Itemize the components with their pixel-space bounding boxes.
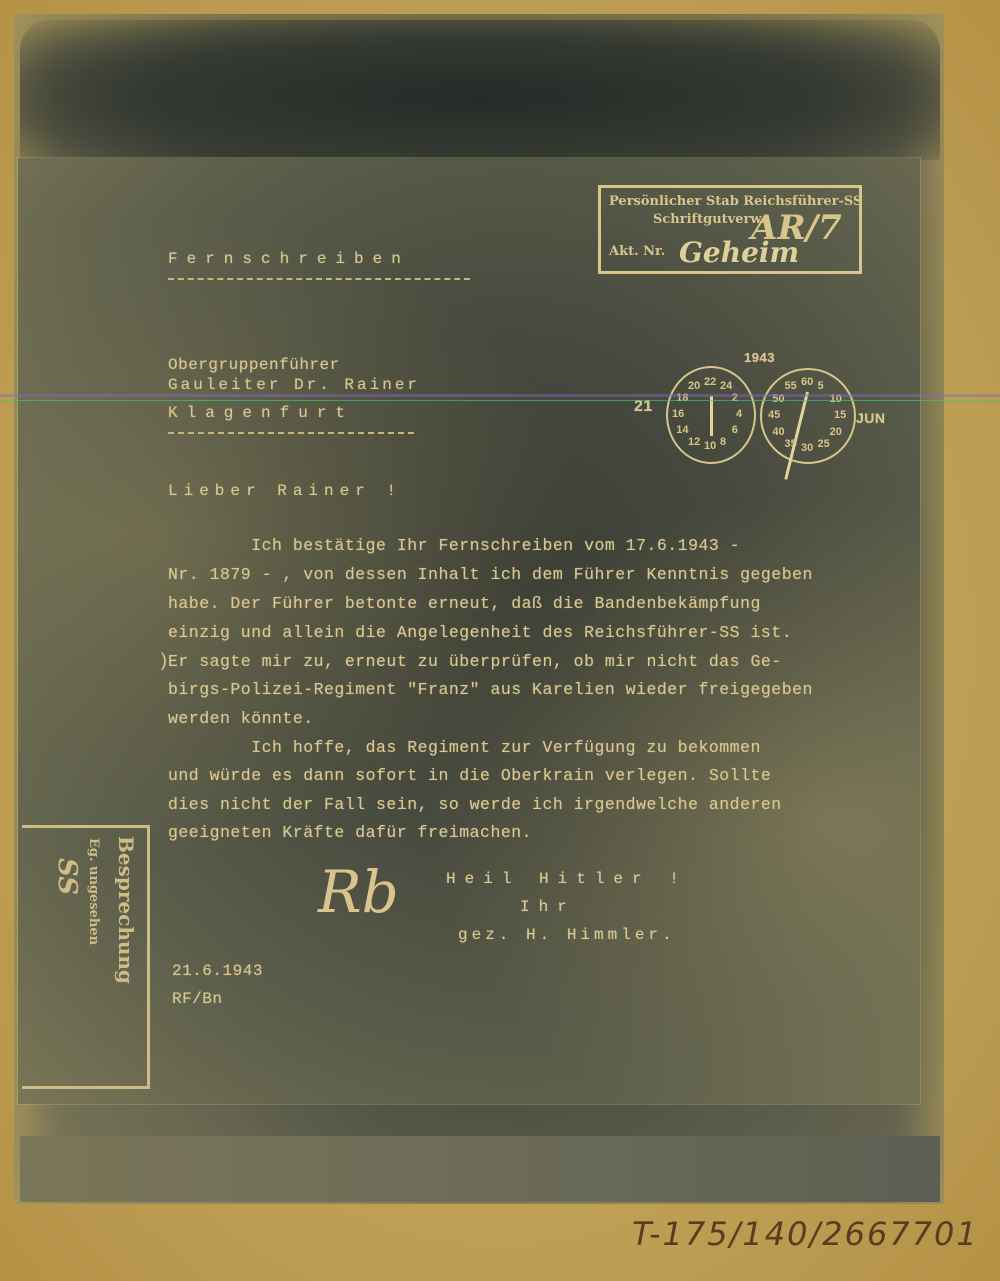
- signature-line: gez. H. Himmler.: [458, 926, 676, 944]
- body-line: Ich hoffe, das Regiment zur Verfügung zu…: [168, 738, 761, 757]
- stamp-line-office: Persönlicher Stab Reichsführer-SS: [609, 194, 862, 209]
- body-line: werden könnte.: [168, 709, 314, 728]
- dial-numeral: 24: [720, 380, 732, 392]
- registry-stamp: Persönlicher Stab Reichsführer-SS Schrif…: [598, 185, 862, 274]
- dial-numeral: 55: [785, 380, 797, 392]
- side-stamp-handwritten: SS: [52, 858, 82, 895]
- stamp-month: JUN: [856, 410, 886, 426]
- stamp-year: 1943: [744, 350, 775, 365]
- dial-numeral: 4: [736, 408, 742, 420]
- dial-numeral: 6: [732, 424, 738, 436]
- body-line: Ich bestätige Ihr Fernschreiben vom 17.6…: [168, 536, 740, 555]
- minute-dial: 55605101520253035404550: [760, 368, 856, 464]
- closing-ihr: Ihr: [520, 898, 576, 916]
- hour-dial: 20222424681012141618: [666, 366, 756, 464]
- scan-artifact-line: [0, 394, 1000, 397]
- document-date: 21.6.1943: [172, 962, 263, 980]
- body-line: dies nicht der Fall sein, so werde ich i…: [168, 795, 782, 814]
- margin-bracket: ): [158, 652, 169, 672]
- dial-numeral: 20: [830, 426, 842, 438]
- document-type-heading: Fernschreiben: [168, 250, 410, 268]
- dial-numeral: 60: [801, 376, 813, 388]
- dial-numeral: 25: [818, 438, 830, 450]
- recipient-city: Klagenfurt: [168, 404, 354, 422]
- document-reference: RF/Bn: [172, 990, 223, 1008]
- dark-top-band: [20, 20, 940, 160]
- recipient-rank: Obergruppenführer: [168, 356, 340, 374]
- recipient-underline: [168, 432, 414, 434]
- dial-numeral: 35: [785, 438, 797, 450]
- dial-numeral: 16: [672, 408, 684, 420]
- body-line: Er sagte mir zu, erneut zu überprüfen, o…: [168, 652, 782, 671]
- body-line: birgs-Polizei-Regiment "Franz" aus Karel…: [168, 680, 813, 699]
- archive-reference: T-175/140/2667701: [632, 1215, 979, 1253]
- dial-numeral: 40: [772, 426, 784, 438]
- handwritten-file-number: AR/7: [751, 208, 842, 248]
- dial-numeral: 15: [834, 409, 846, 421]
- side-stamp-line2: Eg. ungesehen: [86, 838, 101, 945]
- closing-greeting: Heil Hitler !: [446, 870, 688, 888]
- body-line: geeigneten Kräfte dafür freimachen.: [168, 823, 532, 842]
- stamp-line-records: Schriftgutverw.: [653, 212, 765, 227]
- handwritten-initials: Rb: [318, 858, 399, 926]
- dial-numeral: 5: [818, 380, 824, 392]
- recipient-name: Gauleiter Dr. Rainer: [168, 376, 420, 394]
- stamp-line-file-no: Akt. Nr.: [609, 244, 665, 259]
- body-line: und würde es dann sofort in die Oberkrai…: [168, 766, 771, 785]
- body-line: habe. Der Führer betonte erneut, daß die…: [168, 594, 761, 613]
- scan-artifact-line: [0, 400, 1000, 401]
- salutation: Lieber Rainer !: [168, 482, 402, 500]
- dial-numeral: 22: [704, 376, 716, 388]
- side-stamp: Besprechung Eg. ungesehen SS: [22, 825, 150, 1089]
- dial-numeral: 10: [704, 440, 716, 452]
- dial-numeral: 20: [688, 380, 700, 392]
- dial-numeral: 45: [768, 409, 780, 421]
- body-line: Nr. 1879 - , von dessen Inhalt ich dem F…: [168, 565, 813, 584]
- dial-numeral: 14: [676, 424, 688, 436]
- body-line: einzig und allein die Angelegenheit des …: [168, 623, 792, 642]
- dial-numeral: 30: [801, 442, 813, 454]
- dark-bottom-band: [20, 1136, 940, 1202]
- dial-numeral: 12: [688, 436, 700, 448]
- dial-numeral: 8: [720, 436, 726, 448]
- heading-underline: [168, 278, 470, 280]
- side-stamp-line1: Besprechung: [114, 836, 138, 984]
- hour-hand: [710, 396, 713, 436]
